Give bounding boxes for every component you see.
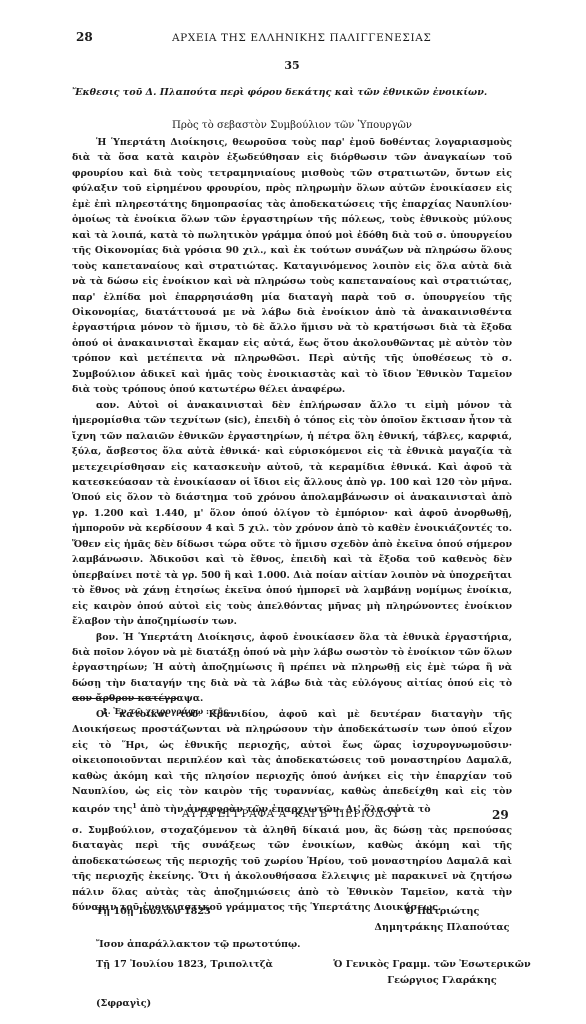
paragraph: αον. Αὐτοὶ οἱ ἀνακαινισταὶ δὲν ἐπλήρωσαν… bbox=[72, 398, 512, 630]
running-head: ΑΡΧΕΙΑ ΤΗΣ ΕΛΛΗΝΙΚΗΣ ΠΑΛΙΓΓΕΝΕΣΙΑΣ bbox=[172, 32, 431, 44]
body-text: σ. Συμβούλιον, στοχαζόμενον τὰ ἀληθῆ δίκ… bbox=[72, 823, 512, 916]
paragraph: Ἡ Ὑπερτάτη Διοίκησις, θεωροῦσα τοὺς παρ'… bbox=[72, 135, 512, 398]
signer-name: Δημητράκης Πλαπούτας bbox=[337, 922, 547, 933]
certification-date-place: Τῇ 17 Ἰουλίου 1823, Τριπολιτζὰ bbox=[96, 959, 273, 970]
document-number: 35 bbox=[72, 59, 512, 72]
page-number: 28 bbox=[76, 30, 93, 44]
footnote-divider bbox=[72, 698, 178, 699]
page-number: 29 bbox=[492, 808, 509, 822]
document-title: Ἔκθεσις τοῦ Δ. Πλαπούτα περὶ φόρου δεκάτ… bbox=[72, 87, 487, 98]
seal-note: (Σφραγὶς) bbox=[96, 998, 151, 1009]
certifier-name: Γεώργιος Γλαράκης bbox=[337, 975, 547, 986]
signer-title: Ὁ Πατριώτης bbox=[372, 906, 512, 917]
paragraph: σ. Συμβούλιον, στοχαζόμενον τὰ ἀληθῆ δίκ… bbox=[72, 823, 512, 916]
addressee: Πρὸς τὸ σεβαστὸν Συμβούλιον τῶν Ὑπουργῶν bbox=[72, 120, 512, 131]
footnote: 1. Ἐν τῷ χειρογράφῳ : τῆς. bbox=[102, 706, 231, 716]
page-28: 28 ΑΡΧΕΙΑ ΤΗΣ ΕΛΛΗΝΙΚΗΣ ΠΑΛΙΓΓΕΝΕΣΙΑΣ 35… bbox=[72, 0, 512, 720]
paragraph: βον. Ἡ Ὑπερτάτη Διοίκησις, ἀφοῦ ἐνοικίασ… bbox=[72, 630, 512, 707]
certifier-title: Ὁ Γενικὸς Γραμμ. τῶν Ἐσωτερικῶν bbox=[312, 959, 552, 970]
certification-note: Ἴσον ἀπαράλλακτον τῷ πρωτοτύπῳ. bbox=[96, 939, 301, 950]
running-head: ΑΥΤΑ ΕΓΓΡΑΦΑ Α' ΚΑΙ Β' ΠΕΡΙΟΔΟΥ bbox=[182, 808, 400, 820]
page-29: ΑΥΤΑ ΕΓΓΡΑΦΑ Α' ΚΑΙ Β' ΠΕΡΙΟΔΟΥ 29 σ. Συ… bbox=[72, 800, 512, 1024]
date-line: Τῇ 10ῃ Ἰουλίου 1823 bbox=[96, 906, 211, 917]
